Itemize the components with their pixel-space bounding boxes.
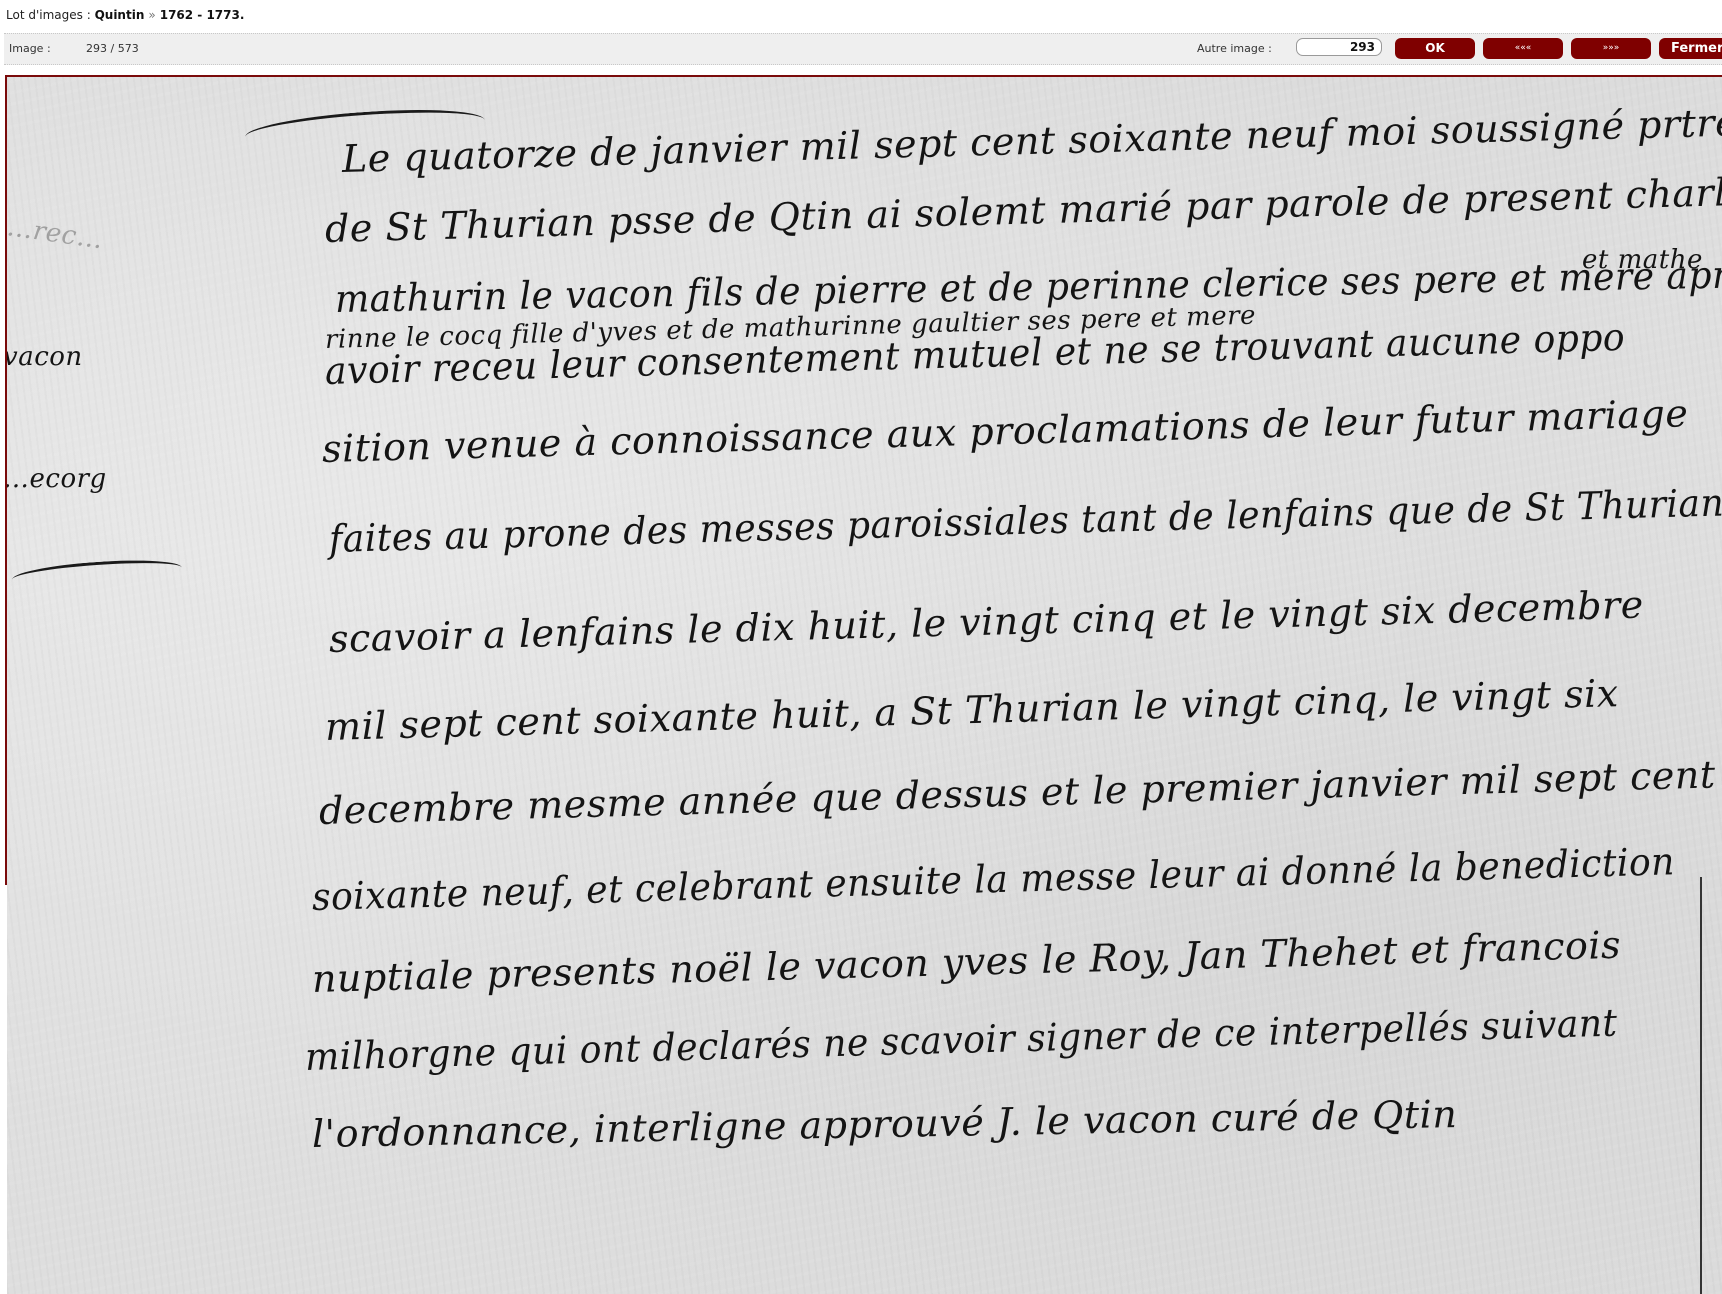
lot-years: 1762 - 1773. xyxy=(160,8,245,22)
lot-label: Lot d'images : xyxy=(6,8,91,22)
goto-image-label: Autre image : xyxy=(1197,42,1272,55)
lot-breadcrumb: Lot d'images : Quintin»1762 - 1773. xyxy=(6,8,244,22)
close-button[interactable]: Fermer xyxy=(1659,38,1722,59)
ok-button[interactable]: OK xyxy=(1395,38,1475,59)
page-ruling-line xyxy=(1700,877,1702,1294)
breadcrumb-separator: » xyxy=(144,8,159,22)
image-viewport-border xyxy=(5,75,1722,885)
lot-place-link[interactable]: Quintin xyxy=(95,8,145,22)
image-label: Image : xyxy=(9,42,51,55)
previous-image-button[interactable]: ««« xyxy=(1483,38,1563,59)
next-image-button[interactable]: »»» xyxy=(1571,38,1651,59)
image-navigation-toolbar: Image : 293 / 573 Autre image : OK ««« »… xyxy=(4,33,1722,65)
image-position: 293 / 573 xyxy=(86,42,139,55)
goto-image-input[interactable] xyxy=(1296,38,1382,56)
